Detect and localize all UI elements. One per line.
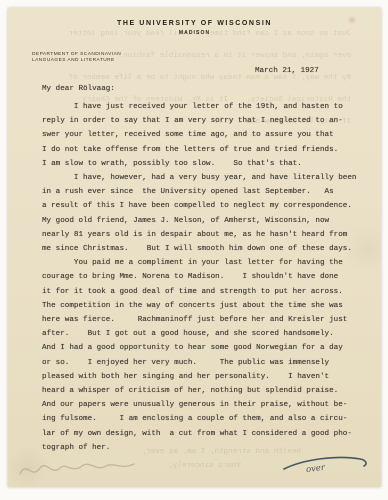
letterhead-department-line2: LANGUAGES AND LITERATURE bbox=[32, 58, 121, 64]
signature-bleed-through bbox=[16, 454, 146, 484]
letterhead-university: THE UNIVERSITY OF WISCONSIN bbox=[8, 20, 381, 27]
letter-date: March 21, 1927 bbox=[255, 67, 319, 75]
letter-body: I have just received your letter of the … bbox=[42, 100, 362, 455]
letterhead-city: MADISON bbox=[8, 30, 381, 36]
handwritten-annotation: over bbox=[280, 451, 375, 485]
ink-stroke-icon bbox=[280, 451, 375, 485]
letter-page: Just as soon as I can find time, I shall… bbox=[8, 8, 381, 487]
letterhead-department: DEPARTMENT OF SCANDINAVIAN LANGUAGES AND… bbox=[32, 52, 121, 65]
letter-salutation: My dear Rölvaag: bbox=[42, 85, 115, 93]
signature-scrawl-graphic bbox=[16, 454, 146, 484]
